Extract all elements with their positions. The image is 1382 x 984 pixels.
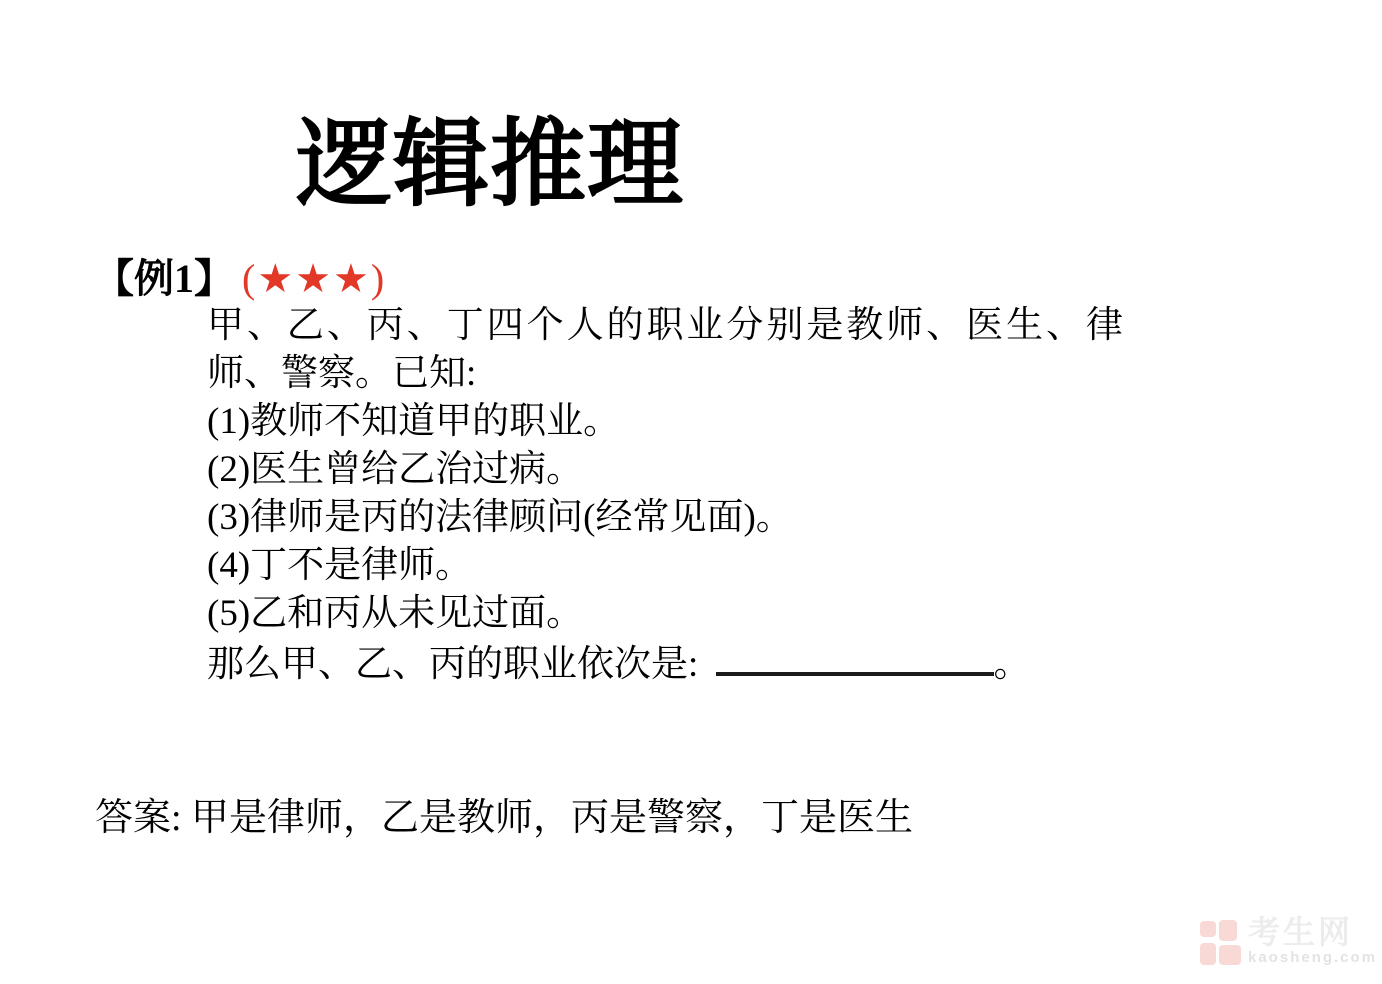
logo-block	[1200, 943, 1216, 965]
clue-line-1: (1)教师不知道甲的职业。	[207, 398, 1167, 446]
logo-block	[1219, 920, 1237, 941]
answer-line: 答案: 甲是律师，乙是教师，丙是警察，丁是医生	[95, 796, 913, 842]
watermark-text: 考生网 kaosheng.com	[1248, 915, 1377, 966]
problem-intro-line-1: 甲、乙、丙、丁四个人的职业分别是教师、医生、律	[207, 302, 1123, 350]
clue-line-2: (2)医生曾给乙治过病。	[207, 446, 1167, 494]
slide-page: 逻辑推理 【例1】(★★★) 甲、乙、丙、丁四个人的职业分别是教师、医生、律 师…	[0, 0, 1382, 984]
question-period: 。	[994, 644, 1031, 685]
star-rating: (★★★)	[242, 256, 386, 301]
example-header: 【例1】(★★★)	[94, 256, 386, 302]
question-line: 那么甲、乙、丙的职业依次是: 。	[207, 638, 1167, 689]
clue-line-4: (4)丁不是律师。	[207, 542, 1167, 590]
question-text: 那么甲、乙、丙的职业依次是:	[207, 644, 708, 685]
watermark: 考生网 kaosheng.com	[1198, 915, 1377, 966]
answer-blank-line	[716, 638, 994, 676]
clue-line-3: (3)律师是丙的法律顾问(经常见面)。	[207, 494, 1167, 542]
problem-body: 甲、乙、丙、丁四个人的职业分别是教师、医生、律 师、警察。已知: (1)教师不知…	[207, 302, 1167, 689]
clue-line-5: (5)乙和丙从未见过面。	[207, 590, 1167, 638]
logo-block	[1200, 921, 1216, 937]
problem-intro-line-2: 师、警察。已知:	[207, 350, 1167, 398]
page-title: 逻辑推理	[296, 112, 684, 218]
watermark-site-name: 考生网	[1248, 915, 1377, 949]
watermark-site-url: kaosheng.com	[1248, 949, 1377, 966]
logo-block	[1219, 945, 1241, 965]
example-label: 【例1】	[94, 256, 234, 301]
kaosheng-logo-icon	[1198, 915, 1241, 962]
